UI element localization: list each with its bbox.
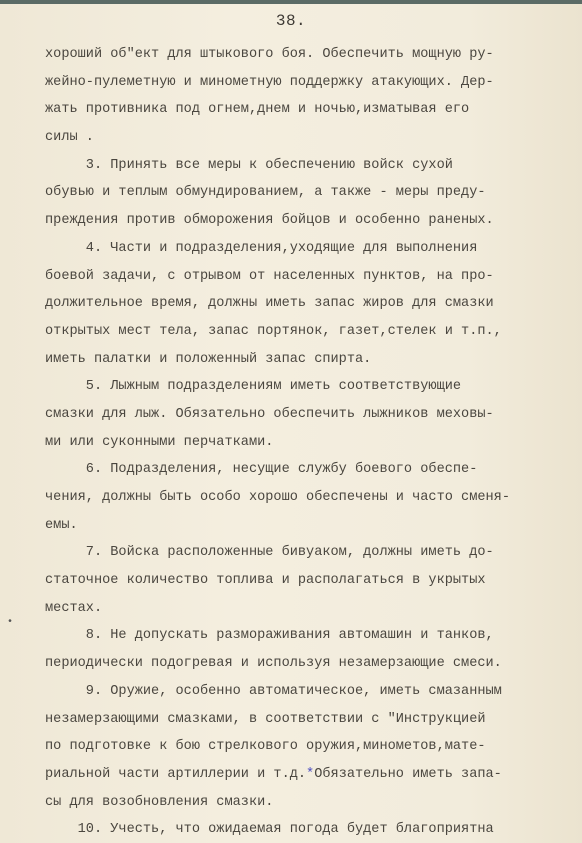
text-line: ми или суконными перчатками. (45, 429, 565, 457)
paragraph-4-start: 4. Части и подразделения,уходящие для вы… (45, 235, 565, 263)
text-line: открытых мест тела, запас портянок, газе… (45, 318, 565, 346)
text-line: жейно-пулеметную и минометную поддержку … (45, 69, 565, 97)
text-line: хороший об"ект для штыкового боя. Обеспе… (45, 41, 565, 69)
paragraph-9-start: 9. Оружие, особенно автоматическое, имет… (45, 678, 565, 706)
paragraph-3-start: 3. Принять все меры к обеспечению войск … (45, 152, 565, 180)
text-segment: Обязательно иметь запа- (314, 767, 502, 782)
text-line: сы для возобновления смазки. (45, 789, 565, 817)
paragraph-5-start: 5. Лыжным подразделениям иметь соответст… (45, 373, 565, 401)
document-body: хороший об"ект для штыкового боя. Обеспе… (45, 41, 565, 843)
text-line: жать противника под огнем,днем и ночью,и… (45, 96, 565, 124)
paragraph-10-start: 10. Учесть, что ожидаемая погода будет б… (45, 816, 565, 843)
text-line: местах. (45, 595, 565, 623)
page-number: 38. (0, 12, 582, 30)
text-line: обувью и теплым обмундированием, а также… (45, 179, 565, 207)
text-line: смазки для лыж. Обязательно обеспечить л… (45, 401, 565, 429)
margin-mark: • (7, 617, 13, 628)
text-line-annotated: риальной части артиллерии и т.д.*Обязате… (45, 761, 565, 789)
text-line: чения, должны быть особо хорошо обеспече… (45, 484, 565, 512)
text-line: незамерзающими смазками, в соответствии … (45, 706, 565, 734)
paragraph-8-start: 8. Не допускать размораживания автомашин… (45, 622, 565, 650)
text-line: статочное количество топлива и располага… (45, 567, 565, 595)
text-line: боевой задачи, с отрывом от населенных п… (45, 263, 565, 291)
text-line: по подготовке к бою стрелкового оружия,м… (45, 733, 565, 761)
text-line: иметь палатки и положенный запас спирта. (45, 346, 565, 374)
text-segment: риальной части артиллерии и т.д. (45, 767, 306, 782)
paragraph-6-start: 6. Подразделения, несущие службу боевого… (45, 456, 565, 484)
text-line: силы . (45, 124, 565, 152)
text-line: периодически подогревая и используя неза… (45, 650, 565, 678)
text-line: преждения против обморожения бойцов и ос… (45, 207, 565, 235)
text-line: емы. (45, 512, 565, 540)
text-line: должительное время, должны иметь запас ж… (45, 290, 565, 318)
paragraph-7-start: 7. Войска расположенные бивуаком, должны… (45, 539, 565, 567)
document-page: 38. • хороший об"ект для штыкового боя. … (0, 4, 582, 843)
handwritten-asterisk: * (306, 767, 314, 782)
